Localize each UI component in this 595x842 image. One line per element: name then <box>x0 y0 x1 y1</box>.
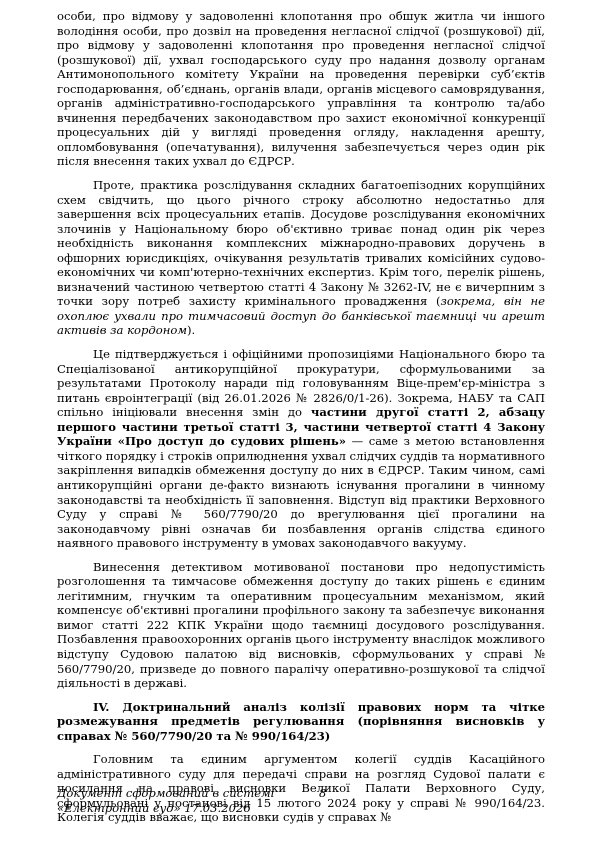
footer: Документ сформований в системі «Електрон… <box>57 786 545 816</box>
body-paragraph: Це підтверджується і офіційними пропозиц… <box>57 347 545 551</box>
paragraph-text-run: Винесення детективом мотивованої постано… <box>57 560 545 690</box>
text-column: особи, про відмову у задоволенні клопота… <box>57 9 545 834</box>
document-page: особи, про відмову у задоволенні клопота… <box>0 0 595 842</box>
paragraph-text-run: — саме з метою встановлення чіткого поря… <box>57 434 545 550</box>
section-heading-text: IV. Доктринальний аналіз колізії правови… <box>57 700 545 743</box>
body-paragraph: Винесення детективом мотивованої постано… <box>57 560 545 691</box>
body-paragraph: Проте, практика розслідування складних б… <box>57 178 545 338</box>
section-heading: IV. Доктринальний аналіз колізії правови… <box>57 700 545 744</box>
page-number: 8 <box>319 786 326 801</box>
footer-line-2: «Електронний суд» 17.03.2026 <box>57 801 545 816</box>
continuation-paragraph: особи, про відмову у задоволенні клопота… <box>57 9 545 169</box>
paragraph-text-run: особи, про відмову у задоволенні клопота… <box>57 9 545 168</box>
footer-line-1: Документ сформований в системі <box>57 786 545 801</box>
paragraph-text-run: ). <box>187 323 195 337</box>
paragraph-text-run: Проте, практика розслідування складних б… <box>57 178 545 308</box>
